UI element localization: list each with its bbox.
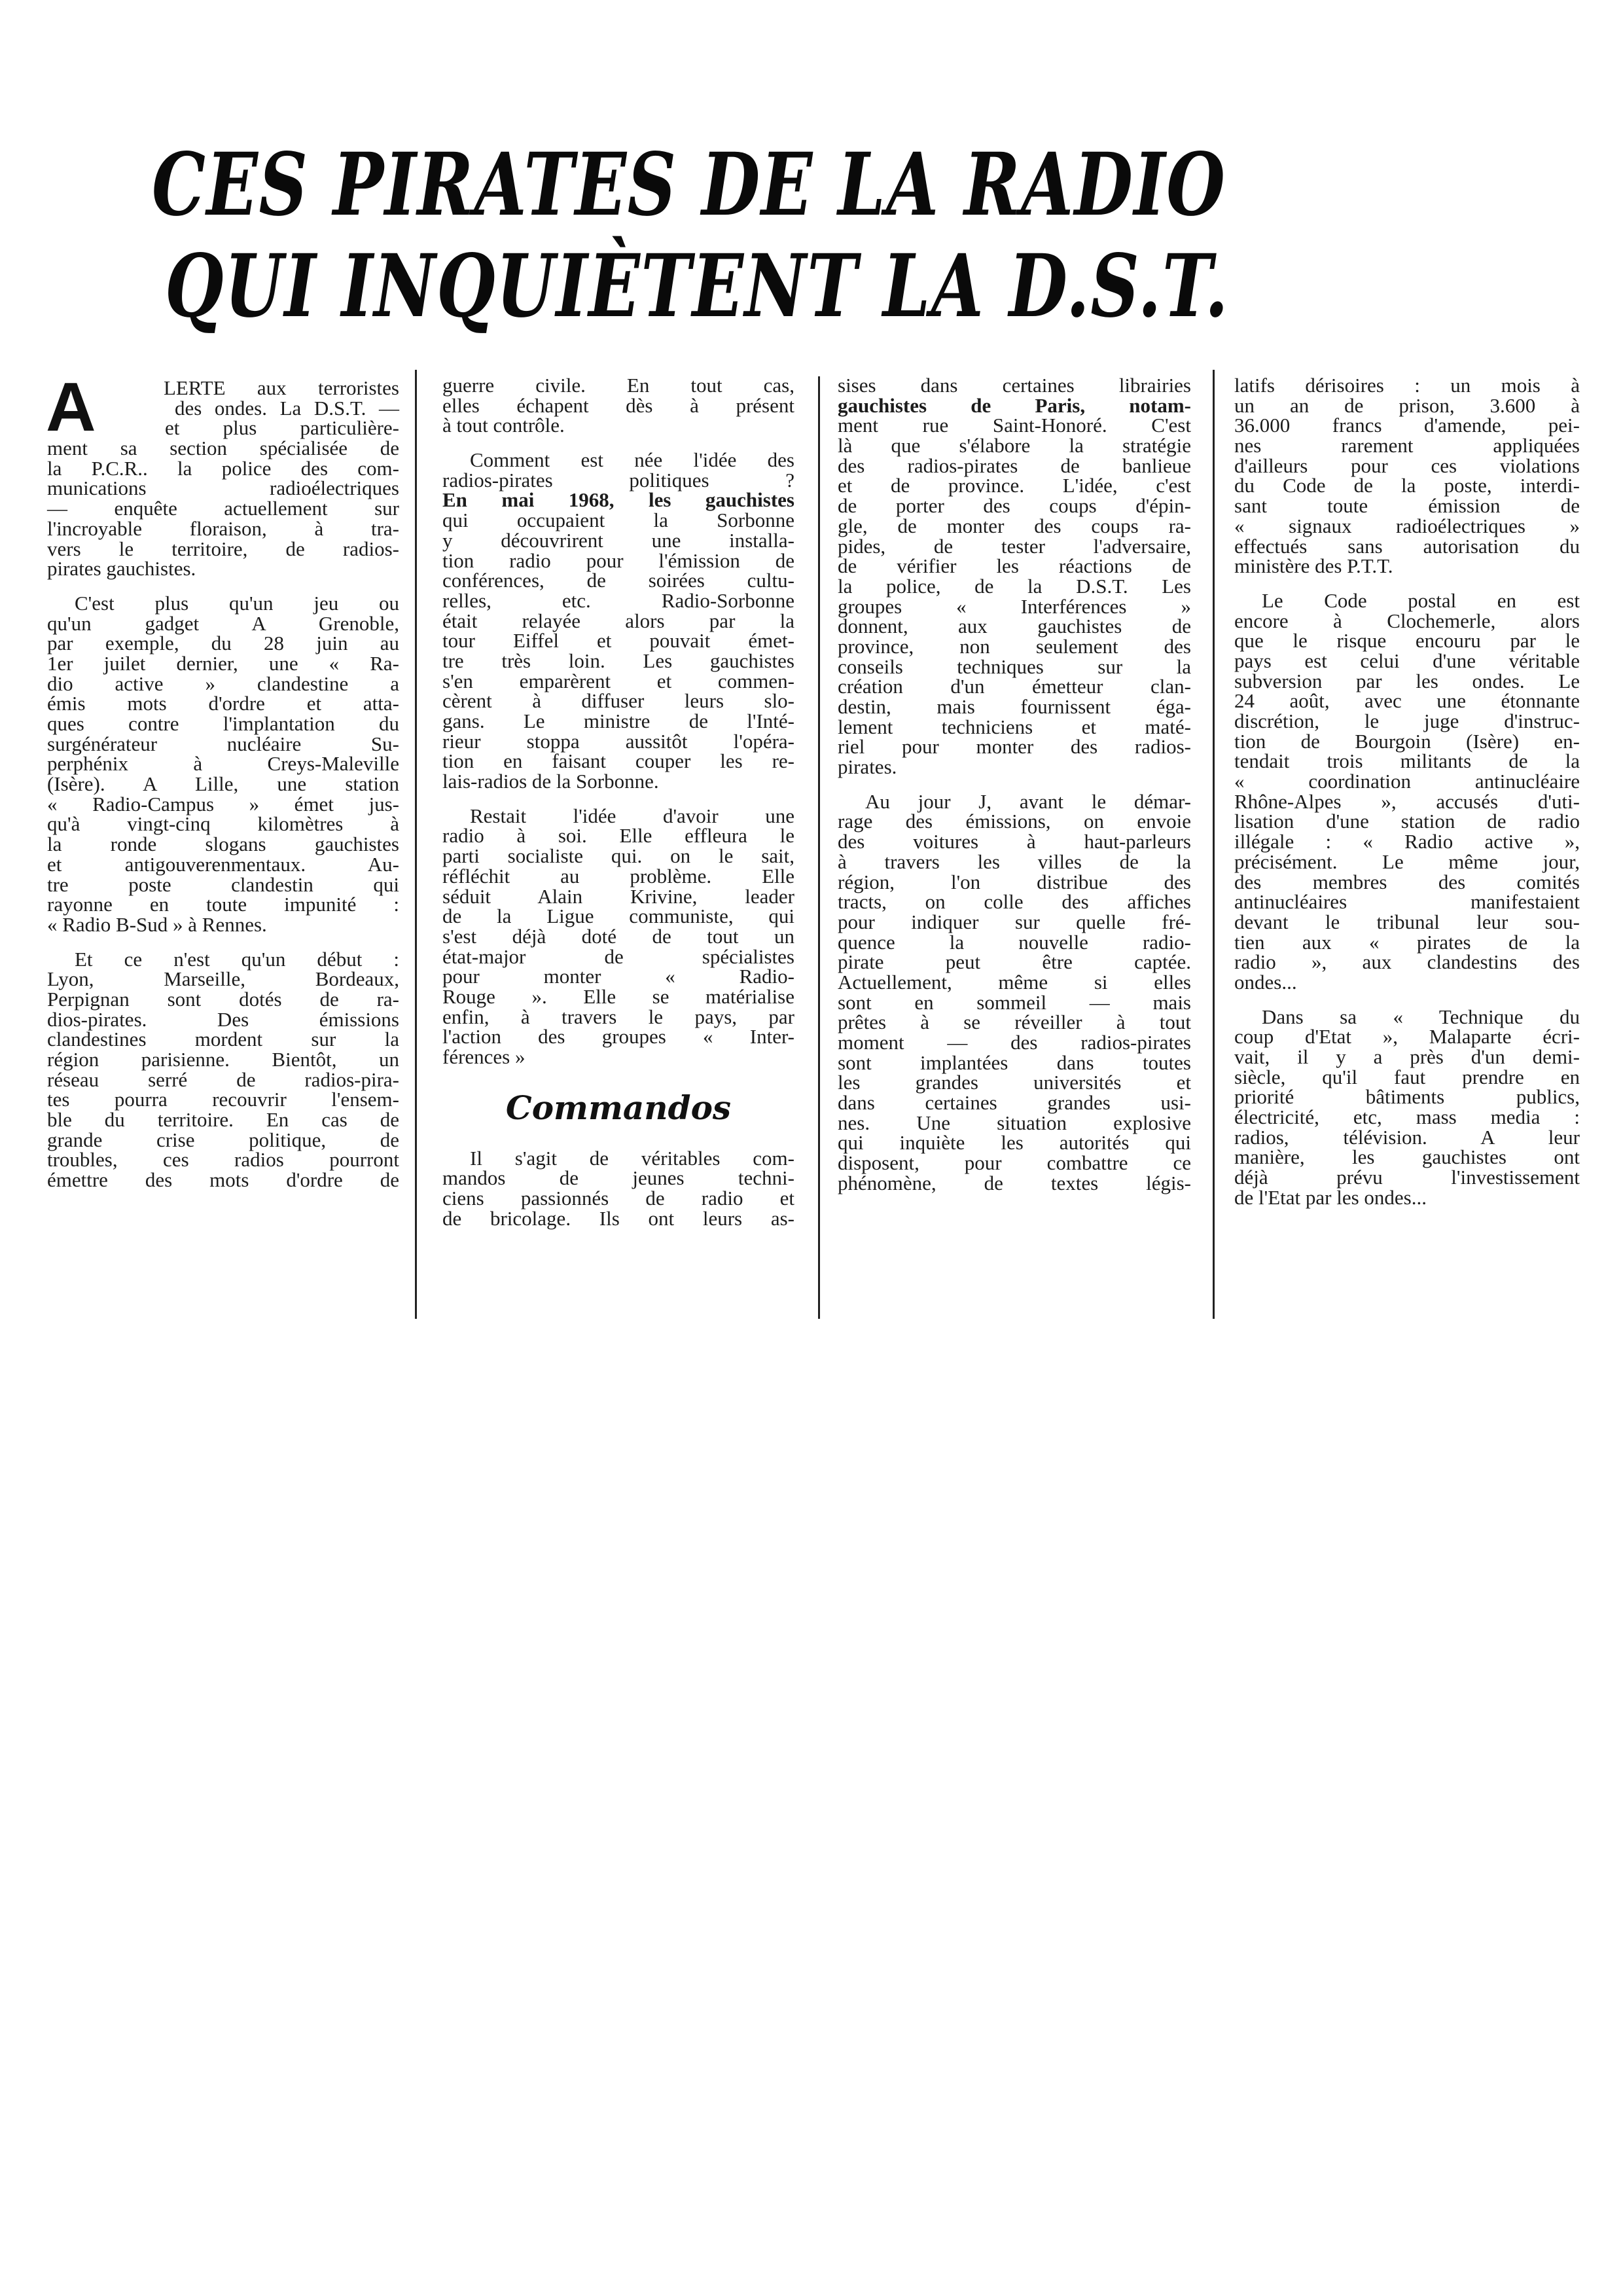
section-subhead: Commandos [442,1087,794,1129]
text-line: tion de Bourgoin (Isère) en- [1234,732,1580,752]
text-line: munications radioélectriques [47,478,399,499]
text-line: à tout contrôle. [442,416,794,436]
text-line: quence la nouvelle radio- [838,933,1191,953]
text-line: ministère des P.T.T. [1234,556,1580,577]
text-line: « Radio-Campus » émet jus- [47,795,399,815]
text-line: gle, de monter des coups ra- [838,516,1191,537]
article-paragraph: latifs dérisoires : un mois àun an de pr… [1234,376,1580,577]
text-line: rieur stoppa aussitôt l'opéra- [442,732,794,752]
text-line: Rouge ». Elle se matérialise [442,987,794,1007]
text-line: et de province. L'idée, c'est [838,476,1191,496]
text-line: de porter des coups d'épin- [838,496,1191,516]
text-line: des voitures à haut-parleurs [838,832,1191,852]
text-line: LERTE aux terroristes [47,378,399,399]
text-line: Le Code postal en est [1234,591,1580,611]
text-line: émis mots d'ordre et atta- [47,694,399,714]
text-line: riel pour monter des radios- [838,737,1191,757]
text-line: (Isère). A Lille, une station [47,774,399,795]
text-line: dans certaines grandes usi- [838,1093,1191,1113]
article-paragraph: Dans sa « Technique ducoup d'Etat », Mal… [1234,1007,1580,1208]
text-line: grande crise politique, de [47,1130,399,1151]
article-paragraph: Il s'agit de véritables com-mandos de je… [442,1149,794,1229]
text-line: perphénix à Creys-Maleville [47,754,399,774]
text-line: coup d'Etat », Malaparte écri- [1234,1027,1580,1047]
text-line: tes pourra recouvrir l'ensem- [47,1090,399,1110]
headline-line-2: QUI INQUIÈTENT LA D.S.T. [165,236,1181,337]
text-line: Actuellement, même si elles [838,973,1191,993]
text-line: En mai 1968, les gauchistes [442,490,794,511]
text-line: pour monter « Radio- [442,967,794,987]
text-line: état-major de spécialistes [442,947,794,967]
text-line: nes rarement appliquées [1234,436,1580,456]
text-line: la P.C.R.. la police des com- [47,459,399,479]
text-line: tendait trois militants de la [1234,751,1580,772]
text-line: vait, il y a près d'un demi- [1234,1047,1580,1067]
text-line: « Radio B-Sud » à Rennes. [47,915,399,935]
text-line: pides, de tester l'adversaire, [838,537,1191,557]
text-line: sont en sommeil — mais [838,993,1191,1013]
text-line: qui inquiète les autorités qui [838,1133,1191,1153]
text-line: Dans sa « Technique du [1234,1007,1580,1028]
text-line: radios, télévision. A leur [1234,1128,1580,1148]
text-line: C'est plus qu'un jeu ou [47,594,399,614]
text-line: pirates gauchistes. [47,559,399,579]
text-line: des radios-pirates de banlieue [838,456,1191,476]
article-column-3: sises dans certaines librairiesgauchiste… [838,376,1191,1194]
text-line: cèrent à diffuser leurs slo- [442,691,794,711]
text-line: ques contre l'implantation du [47,714,399,734]
text-line: subversion par les ondes. Le [1234,672,1580,692]
text-line: y découvrirent une installa- [442,531,794,551]
text-line: conseils techniques sur la [838,657,1191,677]
text-line: tracts, on colle des affiches [838,892,1191,912]
text-line: émettre des mots d'ordre de [47,1170,399,1191]
text-line: destin, mais fournissent éga- [838,697,1191,717]
text-line: région parisienne. Bientôt, un [47,1050,399,1070]
text-line: illégale : « Radio active », [1234,832,1580,852]
text-line: sont implantées dans toutes [838,1053,1191,1073]
text-line: d'ailleurs pour ces violations [1234,456,1580,476]
text-line: encore à Clochemerle, alors [1234,611,1580,632]
text-line: de l'Etat par les ondes... [1234,1188,1580,1208]
text-line: Au jour J, avant le démar- [838,792,1191,812]
text-line: ment rue Saint-Honoré. C'est [838,416,1191,436]
text-line: discrétion, le juge d'instruc- [1234,711,1580,732]
text-line: rayonne en toute impunité : [47,895,399,915]
text-line: réfléchit au problème. Elle [442,867,794,887]
text-line: elles échapent dès à présent [442,396,794,416]
text-line: électricité, etc, mass media : [1234,1107,1580,1128]
text-line: tour Eiffel et pouvait émet- [442,631,794,651]
text-line: sises dans certaines librairies [838,376,1191,396]
text-line: priorité bâtiments publics, [1234,1087,1580,1107]
text-line: férences » [442,1047,794,1067]
text-line: les grandes universités et [838,1073,1191,1093]
text-line: Et ce n'est qu'un début : [47,950,399,970]
text-line: 24 août, avec une étonnante [1234,691,1580,711]
column-rule-2 [818,376,820,1319]
text-line: nes. Une situation explosive [838,1113,1191,1134]
text-line: dios-pirates. Des émissions [47,1010,399,1030]
text-line: là que s'élabore la stratégie [838,436,1191,456]
text-line: surgénérateur nucléaire Su- [47,734,399,755]
text-line: Rhône-Alpes », accusés d'uti- [1234,792,1580,812]
article-headline: CES PIRATES DE LA RADIO QUI INQUIÈTENT L… [152,134,1467,337]
text-line: pirates. [838,757,1191,778]
text-line: effectués sans autorisation du [1234,537,1580,557]
text-line: radios-pirates politiques ? [442,471,794,491]
text-line: guerre civile. En tout cas, [442,376,794,396]
text-line: troubles, ces radios pourront [47,1150,399,1170]
text-line: groupes « Interférences » [838,597,1191,617]
text-line: l'action des groupes « Inter- [442,1027,794,1047]
text-line: et plus particulière- [47,418,399,439]
text-line: déjà prévu l'investissement [1234,1168,1580,1188]
text-line: la ronde slogans gauchistes [47,834,399,855]
text-line: était relayée alors par la [442,611,794,632]
text-line: dio active » clandestine a [47,674,399,694]
text-line: des membres des comités [1234,872,1580,893]
text-line: de bricolage. Ils ont leurs as- [442,1209,794,1229]
text-line: Comment est née l'idée des [442,450,794,471]
text-line: région, l'on distribue des [838,872,1191,893]
column-rule-3 [1213,370,1215,1319]
text-line: de vérifier les réactions de [838,556,1191,577]
text-line: siècle, qu'il faut prendre en [1234,1067,1580,1088]
text-line: lement techniciens et maté- [838,717,1191,738]
text-line: pour indiquer sur quelle fré- [838,912,1191,933]
text-line: « signaux radioélectriques » [1234,516,1580,537]
text-line: gauchistes de Paris, notam- [838,396,1191,416]
text-line: pays est celui d'une véritable [1234,651,1580,672]
text-line: qui occupaient la Sorbonne [442,511,794,531]
text-line: devant le tribunal leur sou- [1234,912,1580,933]
text-line: latifs dérisoires : un mois à [1234,376,1580,396]
text-line: disposent, pour combattre ce [838,1153,1191,1174]
text-line: à travers les villes de la [838,852,1191,872]
text-line: du Code de la poste, interdi- [1234,476,1580,496]
article-column-4: latifs dérisoires : un mois àun an de pr… [1234,376,1580,1208]
text-line: province, non seulement des [838,637,1191,657]
text-line: et antigouverenmentaux. Au- [47,855,399,875]
text-line: réseau serré de radios-pira- [47,1070,399,1090]
column-rule-1 [415,370,417,1319]
text-line: tion radio pour l'émission de [442,551,794,571]
article-column-2: guerre civile. En tout cas,elles échapen… [442,376,794,1229]
article-paragraph: Le Code postal en estencore à Clochemerl… [1234,591,1580,993]
text-line: de la Ligue communiste, qui [442,906,794,927]
text-line: tre poste clandestin qui [47,875,399,895]
text-line: un an de prison, 3.600 à [1234,396,1580,416]
article-column-1: LERTE aux terroristesdes ondes. La D.S.T… [47,378,399,1191]
article-paragraph: LERTE aux terroristesdes ondes. La D.S.T… [47,378,399,579]
text-line: ment sa section spécialisée de [47,439,399,459]
text-line: qu'un gadget A Grenoble, [47,614,399,634]
article-paragraph: sises dans certaines librairiesgauchiste… [838,376,1191,778]
text-line: prêtes à se réveiller à tout [838,1013,1191,1033]
text-line: la police, de la D.S.T. Les [838,577,1191,597]
text-line: Restait l'idée d'avoir une [442,806,794,827]
article-paragraph: Comment est née l'idée desradios-pirates… [442,450,794,792]
text-line: — enquête actuellement sur [47,499,399,519]
text-line: ciens passionnés de radio et [442,1189,794,1209]
text-line: clandestines mordent sur la [47,1030,399,1050]
article-paragraph: Et ce n'est qu'un début :Lyon, Marseille… [47,950,399,1191]
text-line: par exemple, du 28 juin au [47,634,399,654]
text-line: 1er juilet dernier, une « Ra- [47,654,399,674]
text-line: s'est déjà doté de tout un [442,927,794,947]
text-line: radio à soi. Elle effleura le [442,826,794,846]
text-line: des ondes. La D.S.T. — [47,399,399,419]
paragraph-gap [442,1067,794,1087]
text-line: enfin, à travers le pays, par [442,1007,794,1028]
text-line: Perpignan sont dotés de ra- [47,990,399,1010]
text-line: Lyon, Marseille, Bordeaux, [47,969,399,990]
text-line: phénomène, de textes légis- [838,1174,1191,1194]
text-line: ble du territoire. En cas de [47,1110,399,1130]
text-line: donnent, aux gauchistes de [838,617,1191,637]
text-line: gans. Le ministre de l'Inté- [442,711,794,732]
text-line: antinucléaires manifestaient [1234,892,1580,912]
article-paragraph: Restait l'idée d'avoir uneradio à soi. E… [442,806,794,1067]
text-line: tien aux « pirates de la [1234,933,1580,953]
article-paragraph: guerre civile. En tout cas,elles échapen… [442,376,794,436]
paragraph-gap [442,1129,794,1149]
text-line: 36.000 francs d'amende, pei- [1234,416,1580,436]
text-line: création d'un émetteur clan- [838,677,1191,697]
text-line: rage des émissions, on envoie [838,812,1191,832]
article-paragraph: Au jour J, avant le démar-rage des émiss… [838,792,1191,1194]
text-line: mandos de jeunes techni- [442,1168,794,1189]
text-line: radio », aux clandestins des [1234,952,1580,973]
text-line: qu'à vingt-cinq kilomètres à [47,814,399,834]
article-paragraph: C'est plus qu'un jeu ouqu'un gadget A Gr… [47,594,399,935]
text-line: ondes... [1234,973,1580,993]
text-line: que le risque encouru par le [1234,631,1580,651]
text-line: parti socialiste qui. on le sait, [442,846,794,867]
headline-line-1: CES PIRATES DE LA RADIO [152,134,1178,236]
text-line: séduit Alain Krivine, leader [442,887,794,907]
text-line: « coordination antinucléaire [1234,772,1580,792]
text-line: relles, etc. Radio-Sorbonne [442,591,794,611]
text-line: manière, les gauchistes ont [1234,1147,1580,1168]
text-line: tre très loin. Les gauchistes [442,651,794,672]
text-line: moment — des radios-pirates [838,1033,1191,1053]
text-line: conférences, de soirées cultu- [442,571,794,591]
text-line: sant toute émission de [1234,496,1580,516]
text-line: tion en faisant couper les re- [442,751,794,772]
text-line: précisément. Le même jour, [1234,852,1580,872]
text-line: lais-radios de la Sorbonne. [442,772,794,792]
text-line: s'en emparèrent et commen- [442,672,794,692]
text-line: Il s'agit de véritables com- [442,1149,794,1169]
text-line: pirate peut être captée. [838,952,1191,973]
text-line: vers le territoire, de radios- [47,539,399,560]
text-line: lisation d'une station de radio [1234,812,1580,832]
text-line: l'incroyable floraison, à tra- [47,519,399,539]
